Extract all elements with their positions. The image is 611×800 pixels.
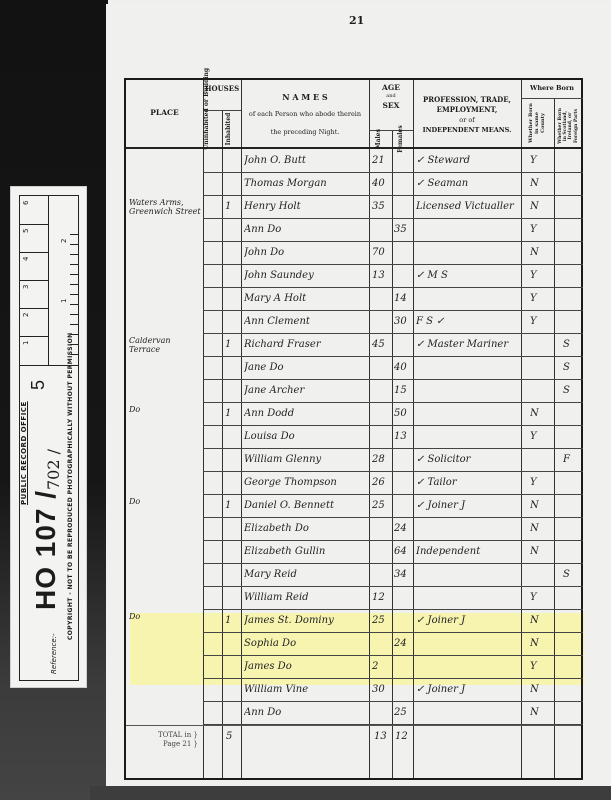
born-foreign-cell: S xyxy=(563,362,588,373)
born-county-cell: N xyxy=(530,638,559,649)
measurement-scale: 1 2 3 4 5 6 1 2 xyxy=(20,195,78,366)
born-county-cell: N xyxy=(530,408,559,419)
name-cell: John Saundey xyxy=(244,270,368,281)
name-cell: Ann Do xyxy=(244,707,368,718)
born-county-cell: Y xyxy=(530,293,559,304)
header-names: N A M E S xyxy=(241,92,369,102)
scan-background-bottom xyxy=(90,786,611,800)
born-foreign-cell: F xyxy=(563,454,588,465)
header-age: AGE xyxy=(369,83,413,92)
born-county-cell: N xyxy=(530,247,559,258)
name-cell: Mary Reid xyxy=(244,569,368,580)
born-county-cell: Y xyxy=(530,477,559,488)
female-age-cell: 64 xyxy=(394,546,412,557)
profession-cell: F S ✓ xyxy=(416,316,520,327)
header-age-and: and xyxy=(369,93,413,99)
male-age-cell: 30 xyxy=(372,684,392,695)
born-county-cell: N xyxy=(530,500,559,511)
female-age-cell: 40 xyxy=(394,362,412,373)
name-cell: John Do xyxy=(244,247,368,258)
name-cell: Ann Do xyxy=(244,224,368,235)
profession-cell: ✓ Tailor xyxy=(416,477,520,488)
profession-cell: ✓ Steward xyxy=(416,155,520,166)
header-place: PLACE xyxy=(126,108,203,117)
header-profession-4: INDEPENDENT MEANS. xyxy=(413,126,521,134)
profession-cell: Independent xyxy=(416,546,520,557)
male-age-cell: 25 xyxy=(372,615,392,626)
inhabited-cell: 1 xyxy=(225,500,239,511)
name-cell: Jane Do xyxy=(244,362,368,373)
male-age-cell: 28 xyxy=(372,454,392,465)
header-names-sub1: of each Person who abode therein xyxy=(241,110,369,118)
female-age-cell: 24 xyxy=(394,638,412,649)
profession-cell: Licensed Victualler xyxy=(416,201,520,212)
born-county-cell: N xyxy=(530,178,559,189)
total-females: 12 xyxy=(395,731,413,742)
born-foreign-cell: S xyxy=(563,385,588,396)
place-cell: Do xyxy=(129,406,201,415)
inhabited-cell: 1 xyxy=(225,339,239,350)
born-county-cell: N xyxy=(530,707,559,718)
male-age-cell: 21 xyxy=(372,155,392,166)
name-cell: James St. Dominy xyxy=(244,615,368,626)
born-county-cell: Y xyxy=(530,431,559,442)
name-cell: Thomas Morgan xyxy=(244,178,368,189)
copyright-notice: COPYRIGHT - NOT TO BE REPRODUCED PHOTOGR… xyxy=(67,332,74,640)
female-age-cell: 30 xyxy=(394,316,412,327)
name-cell: George Thompson xyxy=(244,477,368,488)
female-age-cell: 25 xyxy=(394,707,412,718)
total-label-page: Page 21 } xyxy=(128,740,198,748)
male-age-cell: 70 xyxy=(372,247,392,258)
header-females: Females xyxy=(398,124,408,154)
name-cell: Richard Fraser xyxy=(244,339,368,350)
header-males: Males xyxy=(376,125,386,153)
header-inhabited: Inhabited xyxy=(226,110,236,148)
reference-slip: Reference:- HO 107 / 702 / PUBLIC RECORD… xyxy=(10,186,87,688)
female-age-cell: 24 xyxy=(394,523,412,534)
place-cell: Waters Arms, Greenwich Street xyxy=(129,199,201,217)
total-males: 13 xyxy=(374,731,392,742)
name-cell: Daniel O. Bennett xyxy=(244,500,368,511)
place-cell: Do xyxy=(129,498,201,507)
piece-number: 5 xyxy=(28,380,49,390)
name-cell: James Do xyxy=(244,661,368,672)
office-name: PUBLIC RECORD OFFICE xyxy=(20,401,28,505)
census-table: PLACE HOUSES Uninhabited or Building Inh… xyxy=(124,78,583,780)
name-cell: Louisa Do xyxy=(244,431,368,442)
header-profession-1: PROFESSION, TRADE, xyxy=(413,96,521,105)
female-age-cell: 14 xyxy=(394,293,412,304)
header-profession-3: or of xyxy=(413,116,521,124)
place-cell: Caldervan Terrace xyxy=(129,337,201,355)
name-cell: Jane Archer xyxy=(244,385,368,396)
male-age-cell: 12 xyxy=(372,592,392,603)
born-county-cell: N xyxy=(530,523,559,534)
name-cell: Henry Holt xyxy=(244,201,368,212)
profession-cell: ✓ Master Mariner xyxy=(416,339,520,350)
name-cell: William Vine xyxy=(244,684,368,695)
inhabited-cell: 1 xyxy=(225,615,239,626)
name-cell: John O. Butt xyxy=(244,155,368,166)
profession-cell: ✓ Joiner J xyxy=(416,500,520,511)
name-cell: Elizabeth Gullin xyxy=(244,546,368,557)
header-scotland: Whether Born in Scotland, Ireland, or Fo… xyxy=(558,105,582,147)
female-age-cell: 50 xyxy=(394,408,412,419)
born-county-cell: Y xyxy=(530,270,559,281)
male-age-cell: 45 xyxy=(372,339,392,350)
place-cell: Do xyxy=(129,613,201,622)
born-county-cell: Y xyxy=(530,592,559,603)
male-age-cell: 26 xyxy=(372,477,392,488)
female-age-cell: 13 xyxy=(394,431,412,442)
name-cell: William Glenny xyxy=(244,454,368,465)
born-county-cell: Y xyxy=(530,155,559,166)
name-cell: William Reid xyxy=(244,592,368,603)
born-county-cell: Y xyxy=(530,316,559,327)
total-inhabited: 5 xyxy=(226,731,240,742)
inhabited-cell: 1 xyxy=(225,201,239,212)
born-county-cell: Y xyxy=(530,661,559,672)
male-age-cell: 25 xyxy=(372,500,392,511)
page-number: 21 xyxy=(349,14,364,27)
profession-cell: ✓ Seaman xyxy=(416,178,520,189)
born-foreign-cell: S xyxy=(563,339,588,350)
born-county-cell: N xyxy=(530,615,559,626)
total-label: TOTAL in } xyxy=(128,731,198,739)
reference-sub-number: 702 / xyxy=(44,449,63,490)
header-uninhabited: Uninhabited or Building xyxy=(204,110,220,150)
born-county-cell: N xyxy=(530,546,559,557)
profession-cell: ✓ Joiner J xyxy=(416,684,520,695)
name-cell: Ann Clement xyxy=(244,316,368,327)
female-age-cell: 35 xyxy=(394,224,412,235)
born-county-cell: N xyxy=(530,201,559,212)
inhabited-cell: 1 xyxy=(225,408,239,419)
header-profession-2: EMPLOYMENT, xyxy=(413,106,521,115)
name-cell: Sophia Do xyxy=(244,638,368,649)
profession-cell: ✓ M S xyxy=(416,270,520,281)
reference-label: Reference:- xyxy=(50,633,58,674)
male-age-cell: 2 xyxy=(372,661,392,672)
female-age-cell: 34 xyxy=(394,569,412,580)
header-sex: SEX xyxy=(369,101,413,110)
male-age-cell: 13 xyxy=(372,270,392,281)
name-cell: Ann Dodd xyxy=(244,408,368,419)
male-age-cell: 40 xyxy=(372,178,392,189)
born-county-cell: N xyxy=(530,684,559,695)
header-same-county: Whether Born in same County xyxy=(529,102,547,144)
name-cell: Mary A Holt xyxy=(244,293,368,304)
reference-number: HO 107 / xyxy=(30,490,62,610)
female-age-cell: 15 xyxy=(394,385,412,396)
header-where-born: Where Born xyxy=(521,84,583,92)
born-county-cell: Y xyxy=(530,224,559,235)
profession-cell: ✓ Joiner J xyxy=(416,615,520,626)
male-age-cell: 35 xyxy=(372,201,392,212)
born-foreign-cell: S xyxy=(563,569,588,580)
profession-cell: ✓ Solicitor xyxy=(416,454,520,465)
header-names-sub2: the preceding Night. xyxy=(241,128,369,136)
name-cell: Elizabeth Do xyxy=(244,523,368,534)
